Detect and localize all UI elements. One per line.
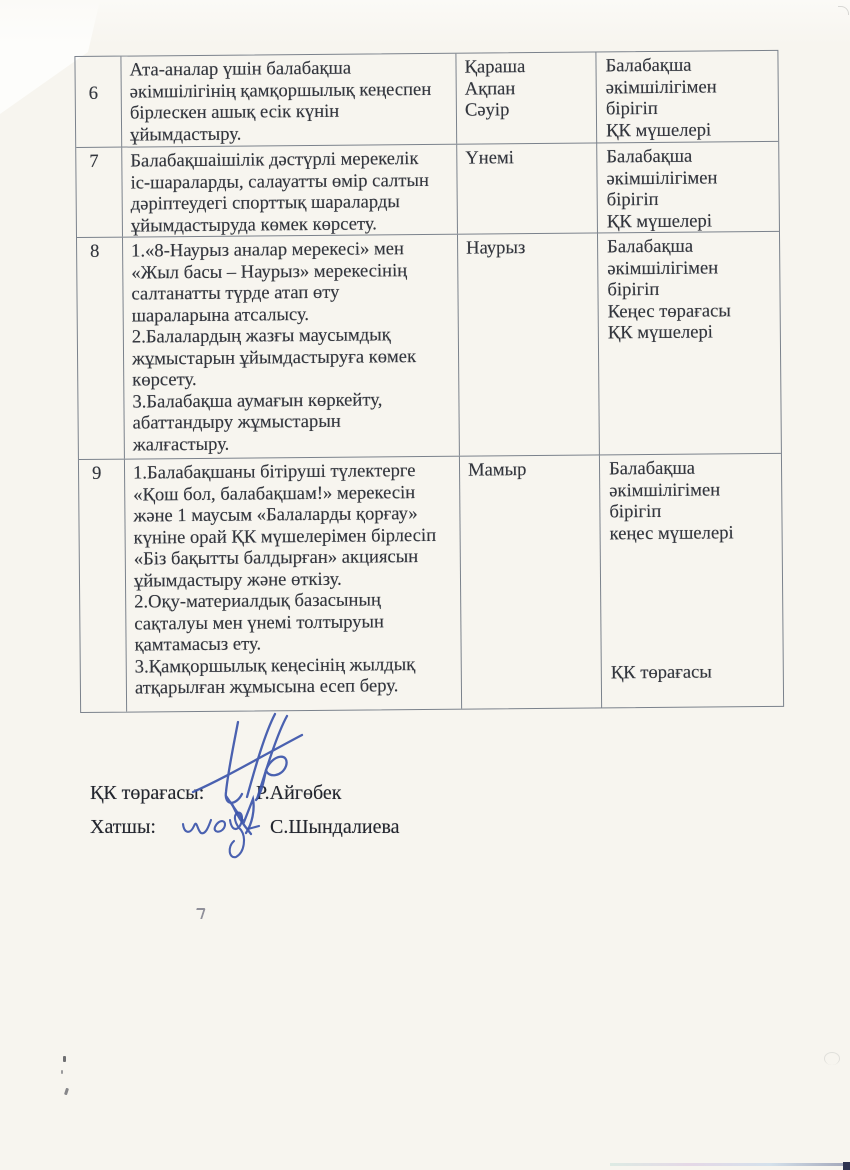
responsible-text: Балабақша әкімшілігімен бірігіп ҚК мүшел… (606, 145, 776, 232)
scan-smudge (824, 1052, 840, 1065)
responsible-text: Балабақша әкімшілігімен бірігіп ҚК мүшел… (605, 54, 775, 141)
scan-speck (63, 1056, 66, 1062)
term-cell: Үнемі (456, 143, 597, 233)
row-number: 8 (77, 238, 124, 459)
work-plan-table: 6 Ата-аналар үшін балабақша әкімшілігіні… (74, 50, 784, 713)
row-number: 6 (75, 57, 121, 147)
responsible-cell: Балабақша әкімшілігімен бірігіп ҚК мүшел… (596, 142, 780, 233)
table-row: 7 Балабақшаішілік дәстүрлі мерекелік іс-… (76, 141, 779, 237)
scan-edge-line (610, 1163, 850, 1166)
secretary-label: Хатшы: (90, 816, 156, 839)
scan-speck (61, 1070, 63, 1074)
term-cell: Наурыз (457, 233, 599, 455)
responsible-text: Балабақша әкімшілігімен бірігіп кеңес мү… (609, 457, 779, 544)
table-row: 8 1.«8-Наурыз аналар мерекесі» мен «Жыл … (77, 231, 781, 459)
activity-cell: Ата-аналар үшін балабақша әкімшілігінің … (120, 54, 456, 147)
responsible-bottom-text: ҚК төрағасы (611, 660, 780, 683)
table-row: 9 1.Балабақшаны бітіруші түлектерге «Қош… (79, 453, 783, 712)
scan-speck (193, 908, 206, 919)
scan-smudge (838, 6, 849, 15)
scan-speck (64, 1088, 69, 1096)
activity-cell: Балабақшаішілік дәстүрлі мерекелік іс-ша… (121, 145, 457, 237)
responsible-text: Балабақша әкімшілігімен бірігіп Кеңес тө… (607, 235, 777, 344)
term-cell: Мамыр (459, 455, 601, 708)
chairman-label: ҚК төрағасы: (90, 782, 204, 805)
row-number: 9 (79, 460, 126, 712)
scan-top-highlight (0, 0, 850, 44)
responsible-cell: Балабақша әкімшілігімен бірігіп Кеңес тө… (597, 232, 782, 455)
responsible-cell: Балабақша әкімшілігімен бірігіп кеңес мү… (599, 454, 784, 708)
chairman-name: Р.Айгөбек (256, 782, 341, 805)
activity-cell: 1.«8-Наурыз аналар мерекесі» мен «Жыл ба… (122, 235, 459, 459)
scan-corner-mark (843, 1162, 850, 1170)
table-row: 6 Ата-аналар үшін балабақша әкімшілігіні… (75, 51, 778, 147)
secretary-name: С.Шындалиева (270, 816, 400, 839)
row-number: 7 (76, 148, 122, 237)
responsible-cell: Балабақша әкімшілігімен бірігіп ҚК мүшел… (595, 51, 779, 143)
activity-cell: 1.Балабақшаны бітіруші түлектерге «Қош б… (124, 457, 461, 712)
term-cell: Қараша Ақпан Сәуір (455, 52, 596, 143)
